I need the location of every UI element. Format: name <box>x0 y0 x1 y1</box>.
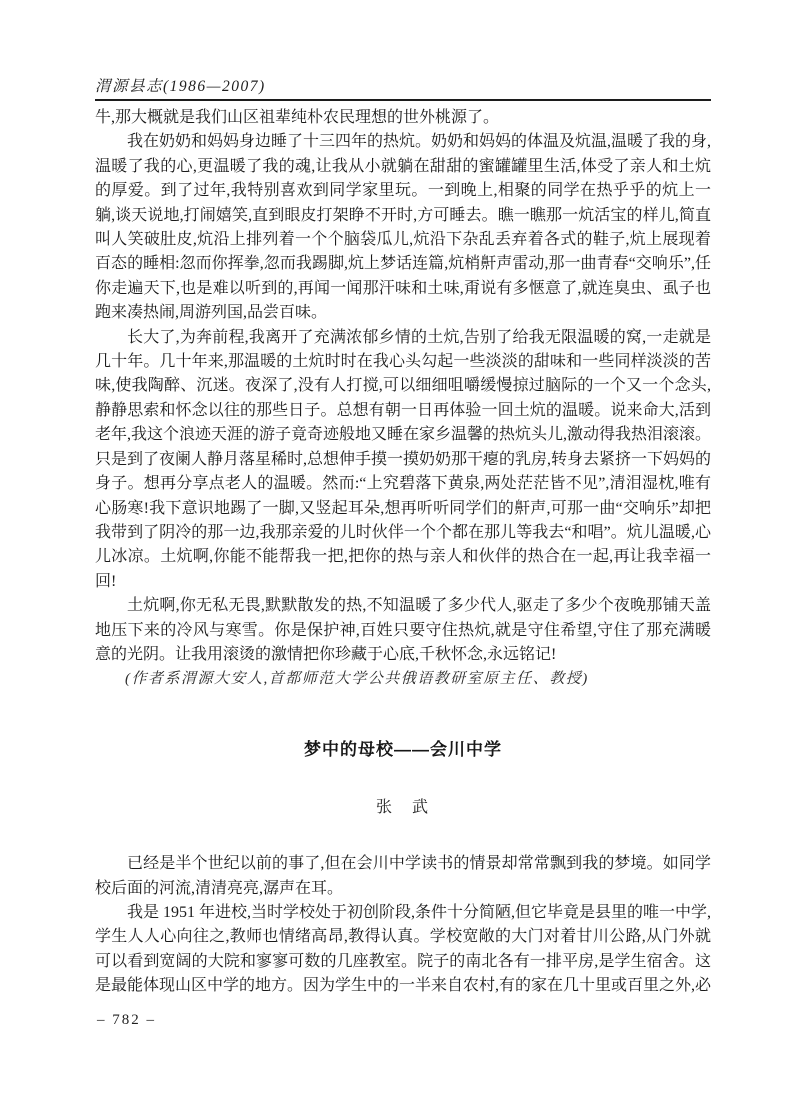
page-header: 渭源县志(1986—2007) <box>95 74 711 96</box>
paragraph: 我在奶奶和妈妈身边睡了十三四年的热炕。奶奶和妈妈的体温及炕温,温暖了我的身,温暖… <box>95 130 711 325</box>
paragraph: 长大了,为奔前程,我离开了充满浓郁乡情的土炕,告别了给我无限温暖的窝,一走就是几… <box>95 326 711 594</box>
article-title: 梦中的母校——会川中学 <box>95 738 711 762</box>
article-author: 张 武 <box>95 796 711 820</box>
paragraph-continuation: 牛,那大概就是我们山区祖辈纯朴农民理想的世外桃源了。 <box>95 106 711 130</box>
paragraph: 已经是半个世纪以前的事了,但在会川中学读书的情景却常常飘到我的梦境。如同学校后面… <box>95 852 711 901</box>
book-page: 渭源县志(1986—2007) 牛,那大概就是我们山区祖辈纯朴农民理想的世外桃源… <box>0 0 800 1093</box>
author-attribution: (作者系渭源大安人,首都师范大学公共俄语教研室原主任、教授) <box>95 667 711 691</box>
header-rule <box>95 99 711 101</box>
paragraph: 土炕啊,你无私无畏,默默散发的热,不知温暖了多少代人,驱走了多少个夜晚那铺天盖地… <box>95 594 711 667</box>
running-head-title: 渭源县志(1986—2007) <box>95 78 266 95</box>
paragraph: 我是 1951 年进校,当时学校处于初创阶段,条件十分简陋,但它毕竟是县里的唯一… <box>95 901 711 999</box>
page-content: 牛,那大概就是我们山区祖辈纯朴农民理想的世外桃源了。 我在奶奶和妈妈身边睡了十三… <box>95 106 711 999</box>
page-number: – 782 – <box>97 1012 156 1029</box>
